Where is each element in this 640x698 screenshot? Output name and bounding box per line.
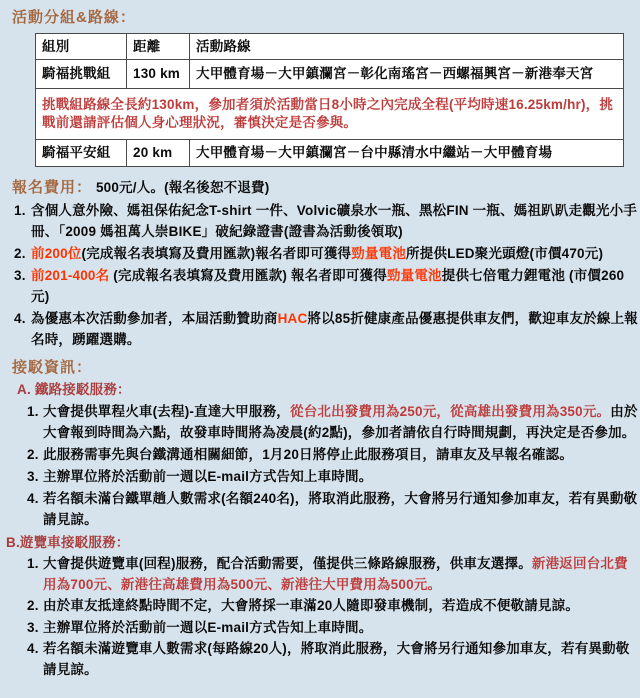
subsection-title-rail: A. 鐵路接駁服務：: [17, 382, 640, 397]
item-number: 1.: [14, 200, 31, 242]
table-row-peace: 騎福平安組 20 km 大甲體育場－大甲鎮瀾宮－台中縣清水中繼站－大甲體育場: [36, 140, 624, 167]
list-item: 2. 前200位(完成報名表填寫及費用匯款)報名者即可獲得勁量電池所提供LED聚…: [0, 243, 640, 264]
header-group: 組別: [36, 34, 127, 60]
item-number: 2.: [27, 596, 43, 617]
item-number: 3.: [27, 618, 43, 639]
list-item: 2. 由於車友抵達終點時間不定，大會將採一車滿20人隨即發車機制，若造成不便敬請…: [0, 596, 640, 617]
list-item: 1. 大會提供單程火車(去程)-直達大甲服務，從台北出發費用為250元，從高雄出…: [0, 401, 640, 443]
peace-route: 大甲體育場－大甲鎮瀾宮－台中縣清水中繼站－大甲體育場: [190, 140, 624, 167]
challenge-group: 騎福挑戰組: [36, 60, 127, 89]
item-text: 大會提供遊覽車(回程)服務，配合活動需要，僅提供三條路線服務，供車友選擇。新港返…: [43, 554, 640, 595]
groups-routes-table: 組別 距離 活動路線 騎福挑戰組 130 km 大甲體育場－大甲鎮瀾宮－彰化南瑤…: [35, 33, 624, 167]
challenge-route: 大甲體育場－大甲鎮瀾宮－彰化南瑤宮－西螺福興宮－新港奉天宮: [190, 60, 624, 89]
header-distance: 距離: [127, 34, 190, 60]
list-item: 4. 為優惠本次活動參加者，本屆活動贊助商HAC將以85折健康產品優惠提供車友們…: [0, 308, 640, 350]
item-text: 前200位(完成報名表填寫及費用匯款)報名者即可獲得勁量電池所提供LED聚光頭燈…: [31, 243, 640, 264]
event-info-document: 活動分組&路線： 組別 距離 活動路線 騎福挑戰組 130 km 大甲體育場－大…: [0, 8, 640, 698]
challenge-distance: 130 km: [127, 60, 190, 89]
item-text: 大會提供單程火車(去程)-直達大甲服務，從台北出發費用為250元，從高雄出發費用…: [43, 401, 640, 443]
peace-distance: 20 km: [127, 140, 190, 167]
item-number: 1.: [27, 554, 43, 595]
bus-list: 1. 大會提供遊覽車(回程)服務，配合活動需要，僅提供三條路線服務，供車友選擇。…: [0, 554, 640, 680]
list-item: 3. 前201-400名 (完成報名表填寫及費用匯款) 報名者即可獲得勁量電池提…: [0, 265, 640, 307]
fees-title-line: 報名費用： 500元/人。(報名後恕不退費): [12, 178, 640, 197]
list-item: 4. 若名額未滿遊覽車人數需求(每路線20人)，將取消此服務，大會將另行通知參加…: [0, 639, 640, 680]
challenge-note: 挑戰組路線全長約130km，參加者須於活動當日8小時之內完成全程(平均時速16.…: [36, 89, 624, 140]
fee-price: 500元/人。(報名後恕不退費): [96, 180, 269, 195]
list-item: 4. 若名額未滿台鐵單趟人數需求(名額240名)，將取消此服務，大會將另行通知參…: [0, 488, 640, 530]
peace-group: 騎福平安組: [36, 140, 127, 167]
section-title-groups: 活動分組&路線：: [12, 8, 640, 27]
list-item: 2. 此服務需事先與台鐵溝通相關細節，1月20日將停止此服務項目，請車友及早報名…: [0, 444, 640, 465]
list-item: 3. 主辦單位將於活動前一週以E-mail方式告知上車時間。: [0, 466, 640, 487]
table-header-row: 組別 距離 活動路線: [36, 34, 624, 60]
item-text: 主辦單位將於活動前一週以E-mail方式告知上車時間。: [43, 466, 640, 487]
section-title-fees: 報名費用：: [12, 179, 92, 196]
header-route: 活動路線: [190, 34, 624, 60]
item-number: 4.: [27, 488, 43, 530]
table-row-challenge: 騎福挑戰組 130 km 大甲體育場－大甲鎮瀾宮－彰化南瑤宮－西螺福興宮－新港奉…: [36, 60, 624, 89]
rail-list: 1. 大會提供單程火車(去程)-直達大甲服務，從台北出發費用為250元，從高雄出…: [0, 401, 640, 530]
item-text: 此服務需事先與台鐵溝通相關細節，1月20日將停止此服務項目，請車友及早報名確認。: [43, 444, 640, 465]
item-text: 為優惠本次活動參加者，本屆活動贊助商HAC將以85折健康產品優惠提供車友們，歡迎…: [31, 308, 640, 350]
item-text: 主辦單位將於活動前一週以E-mail方式告知上車時間。: [43, 618, 640, 639]
item-text: 含個人意外險、媽祖保佑紀念T-shirt 一件、Volvic礦泉水一瓶、黑松FI…: [31, 200, 640, 242]
item-number: 2.: [14, 243, 31, 264]
item-text: 由於車友抵達終點時間不定，大會將採一車滿20人隨即發車機制，若造成不便敬請見諒。: [43, 596, 640, 617]
section-title-shuttle: 接駁資訊：: [12, 358, 640, 377]
item-number: 4.: [27, 639, 43, 680]
item-text: 前201-400名 (完成報名表填寫及費用匯款) 報名者即可獲得勁量電池提供七倍…: [31, 265, 640, 307]
item-number: 4.: [14, 308, 31, 350]
table-row-note: 挑戰組路線全長約130km，參加者須於活動當日8小時之內完成全程(平均時速16.…: [36, 89, 624, 140]
item-number: 2.: [27, 444, 43, 465]
item-text: 若名額未滿遊覽車人數需求(每路線20人)，將取消此服務，大會將另行通知參加車友，…: [43, 639, 640, 680]
item-number: 1.: [27, 401, 43, 443]
subsection-title-bus: B.遊覽車接駁服務：: [6, 535, 640, 550]
item-number: 3.: [14, 265, 31, 307]
item-text: 若名額未滿台鐵單趟人數需求(名額240名)，將取消此服務，大會將另行通知參加車友…: [43, 488, 640, 530]
fees-list: 1. 含個人意外險、媽祖保佑紀念T-shirt 一件、Volvic礦泉水一瓶、黑…: [0, 200, 640, 350]
list-item: 1. 含個人意外險、媽祖保佑紀念T-shirt 一件、Volvic礦泉水一瓶、黑…: [0, 200, 640, 242]
list-item: 3. 主辦單位將於活動前一週以E-mail方式告知上車時間。: [0, 618, 640, 639]
list-item: 1. 大會提供遊覽車(回程)服務，配合活動需要，僅提供三條路線服務，供車友選擇。…: [0, 554, 640, 595]
item-number: 3.: [27, 466, 43, 487]
